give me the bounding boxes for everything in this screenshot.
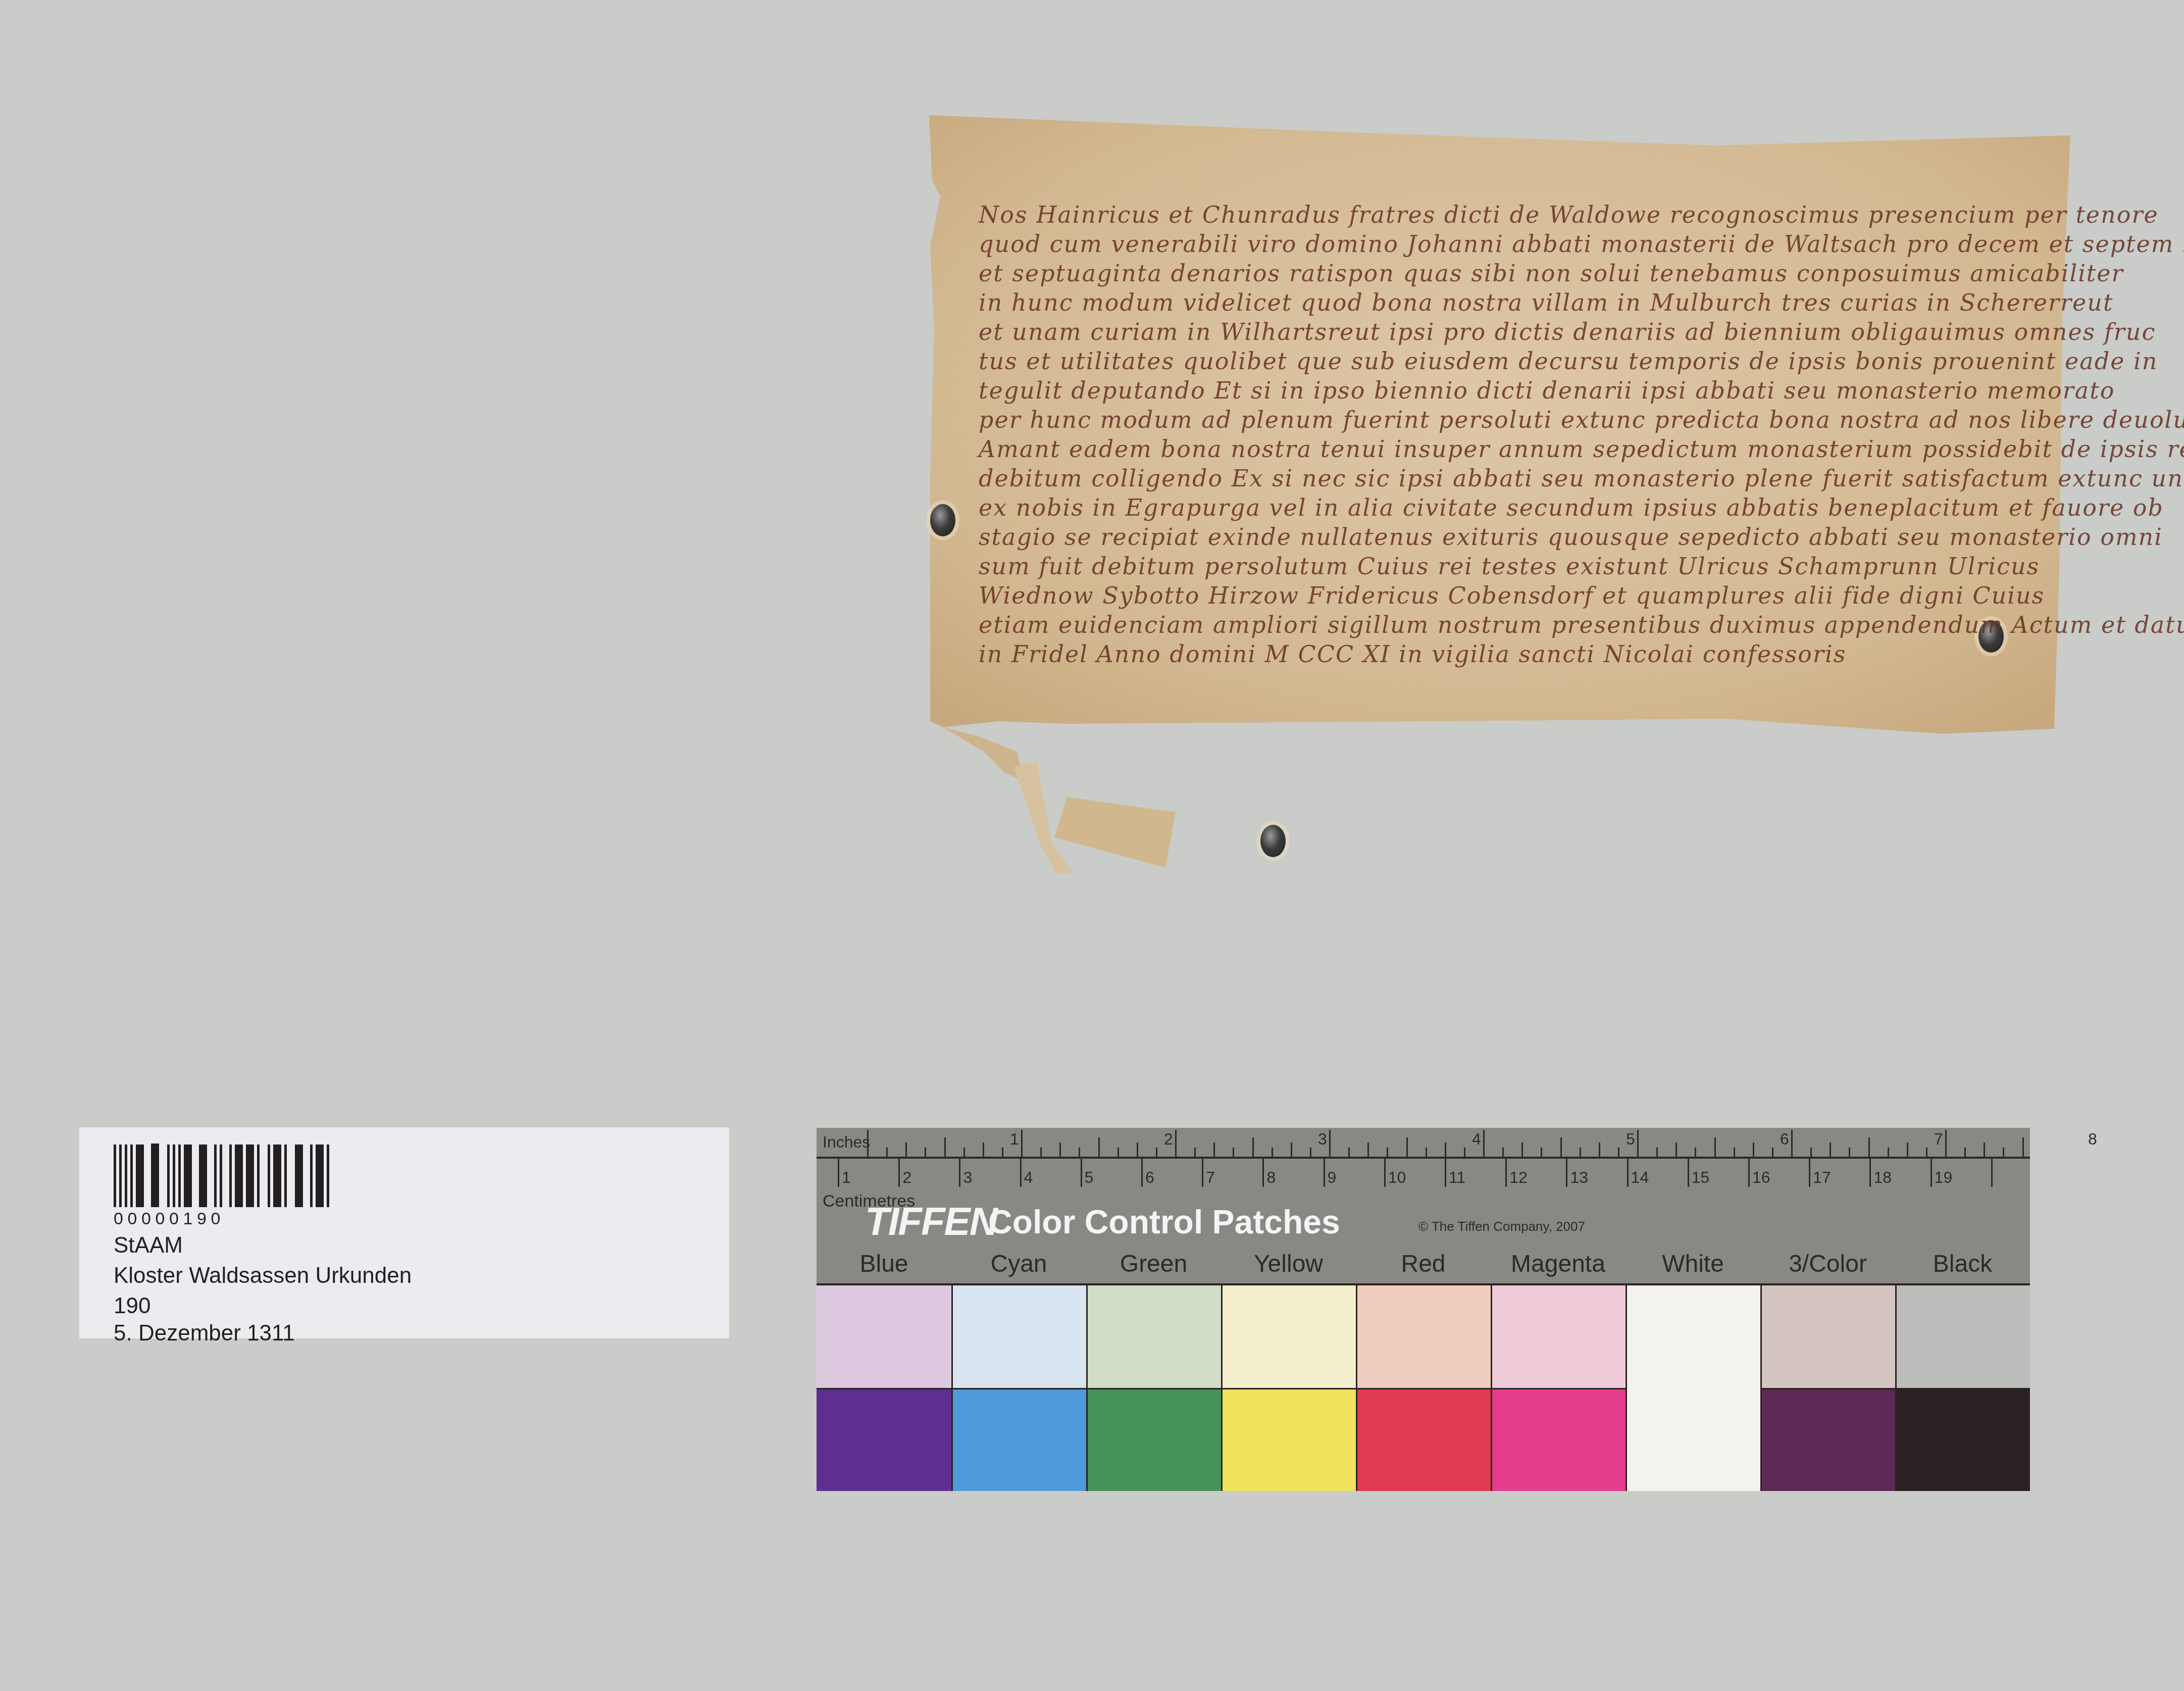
charter-line: Wiednow Sybotto Hirzow Fridericus Cobens… [979, 582, 2045, 609]
barcode-digit: 0 [128, 1209, 142, 1229]
inch-tick [925, 1148, 926, 1158]
patch-dark-yellow [1221, 1388, 1356, 1491]
patch-light-cyan [951, 1285, 1086, 1388]
inch-tick [1175, 1130, 1177, 1158]
charter-line: et septuaginta denarios ratispon quas si… [979, 260, 2124, 287]
inch-number: 1 [1010, 1130, 1019, 1149]
patch-label-3-color: 3/Color [1760, 1250, 1895, 1278]
charter-line: in Fridel Anno domini M CCC XI in vigili… [979, 640, 1846, 668]
barcode-digit: 0 [156, 1209, 170, 1229]
inch-tick [1830, 1142, 1831, 1158]
inch-tick [1521, 1142, 1523, 1158]
tiffen-logo: TIFFEN [865, 1199, 997, 1245]
cm-number: 5 [1085, 1168, 1094, 1187]
inch-tick [1907, 1142, 1908, 1158]
inch-tick [1753, 1142, 1754, 1158]
inch-tick [1426, 1148, 1427, 1158]
patch-label-white: White [1626, 1250, 1760, 1278]
inch-tick [1964, 1148, 1966, 1158]
inch-tick [944, 1137, 946, 1158]
cm-number: 18 [1873, 1168, 1892, 1187]
chart-title: Color Control Patches [988, 1203, 1340, 1241]
charter-line: stagio se recipiat exinde nullatenus exi… [979, 523, 2163, 551]
barcode-digit: 9 [197, 1209, 211, 1229]
patch-label-red: Red [1356, 1250, 1491, 1278]
cm-tick [1869, 1159, 1871, 1187]
barcode-digit: 0 [114, 1209, 128, 1229]
patch-light-red [1356, 1285, 1491, 1388]
barcode-digit: 1 [183, 1209, 197, 1229]
barcode-number: 0 0 0 0 0 1 9 0 [114, 1209, 225, 1229]
cm-number: 2 [902, 1168, 911, 1187]
inch-tick [1772, 1148, 1773, 1158]
cm-number: 17 [1813, 1168, 1831, 1187]
cm-number: 11 [1449, 1168, 1465, 1187]
cm-number: 8 [1266, 1168, 1276, 1187]
inch-tick [1387, 1148, 1388, 1158]
inch-tick [1984, 1142, 1985, 1158]
archive-label-card: 0 0 0 0 0 1 9 0 StAAM Kloster Waldsassen… [79, 1127, 729, 1338]
barcode-digit: 0 [211, 1209, 225, 1229]
charter-line: Amant eadem bona nostra tenui insuper an… [979, 435, 2184, 463]
barcode-digit: 0 [169, 1209, 183, 1229]
inch-tick [1810, 1148, 1812, 1158]
inch-tick [1714, 1137, 1716, 1158]
charter-line: in hunc modum videlicet quod bona nostra… [979, 289, 2113, 316]
document-date: 5. Dezember 1311 [114, 1322, 295, 1345]
patch-dark-blue [817, 1388, 951, 1491]
patch-label-yellow: Yellow [1221, 1250, 1356, 1278]
inch-tick [1118, 1148, 1119, 1158]
inch-tick [1926, 1148, 1927, 1158]
inch-number: 6 [1780, 1130, 1789, 1149]
cm-tick [1748, 1159, 1750, 1187]
inch-tick [1580, 1148, 1581, 1158]
cm-tick [1566, 1159, 1567, 1187]
inch-tick [1233, 1148, 1234, 1158]
cm-number: 3 [963, 1168, 972, 1187]
collection-name: Kloster Waldsassen Urkunden [114, 1265, 412, 1287]
inch-tick [1040, 1148, 1042, 1158]
inch-tick [886, 1148, 888, 1158]
charter-line: Nos Hainricus et Chunradus fratres dicti… [979, 201, 2159, 228]
inch-number: 7 [1934, 1130, 1943, 1149]
inch-tick [1367, 1142, 1369, 1158]
cm-number: 10 [1388, 1168, 1406, 1187]
inch-number: 5 [1626, 1130, 1635, 1149]
copyright-text: © The Tiffen Company, 2007 [1418, 1219, 1585, 1234]
document-number: 190 [114, 1295, 150, 1317]
inch-tick [1945, 1130, 1947, 1158]
patch-light-blue [817, 1285, 951, 1388]
cm-tick [959, 1159, 960, 1187]
cm-number: 12 [1509, 1168, 1528, 1187]
charter-line: etiam euidenciam ampliori sigillum nostr… [979, 611, 2184, 638]
inch-tick [1445, 1142, 1446, 1158]
inch-tick [1849, 1148, 1850, 1158]
charter-line: tus et utilitates quolibet que sub eiusd… [979, 347, 2158, 375]
inch-tick [905, 1142, 907, 1158]
patch-dark-cyan [951, 1388, 1086, 1491]
cm-tick [1991, 1159, 1993, 1187]
parchment-charter: Nos Hainricus et Chunradus fratres dicti… [928, 115, 2070, 737]
charter-line: quod cum venerabili viro domino Johanni … [979, 230, 2184, 258]
inch-tick [1888, 1148, 1889, 1158]
inch-tick [983, 1142, 984, 1158]
cm-number: 7 [1206, 1168, 1215, 1187]
patch-light-black [1895, 1285, 2030, 1388]
patch-light-yellow [1221, 1285, 1356, 1388]
patch-dark-black [1895, 1388, 2030, 1491]
inch-tick [1348, 1148, 1350, 1158]
inch-tick [1734, 1148, 1735, 1158]
mounting-pin-left [930, 504, 955, 536]
cm-tick [1081, 1159, 1082, 1187]
barcode-digit: 0 [141, 1209, 156, 1229]
inch-tick [1213, 1142, 1215, 1158]
cm-tick [1020, 1159, 1022, 1187]
ruler-line [817, 1157, 2030, 1159]
inch-tick [1310, 1148, 1311, 1158]
cm-tick [838, 1159, 839, 1187]
cm-number: 4 [1024, 1168, 1033, 1187]
mounting-pin-ribbon [1260, 825, 1286, 857]
inch-number: 2 [1164, 1130, 1173, 1149]
cm-tick [1505, 1159, 1507, 1187]
inch-tick [1464, 1148, 1465, 1158]
cm-number: 16 [1752, 1168, 1770, 1187]
patch-dark-3-color [1760, 1388, 1895, 1491]
tiffen-color-chart: Inches 123456781234567891011121314151617… [817, 1128, 2030, 1491]
inch-tick [1059, 1142, 1061, 1158]
patch-light-green [1086, 1285, 1221, 1388]
patch-label-blue: Blue [817, 1250, 951, 1278]
inch-tick [1406, 1137, 1408, 1158]
inch-tick [1137, 1142, 1138, 1158]
inch-tick [1156, 1148, 1157, 1158]
inch-tick [1502, 1148, 1504, 1158]
inch-tick [1791, 1130, 1793, 1158]
cm-number: 14 [1631, 1168, 1649, 1187]
cm-tick [1688, 1159, 1689, 1187]
patch-label-green: Green [1086, 1250, 1221, 1278]
cm-tick [1324, 1159, 1325, 1187]
inch-number: 3 [1318, 1130, 1327, 1149]
charter-line: per hunc modum ad plenum fuerint persolu… [979, 406, 2184, 433]
inch-tick [1541, 1148, 1542, 1158]
inch-tick [1560, 1137, 1562, 1158]
inch-tick [1272, 1148, 1273, 1158]
patch-dark-green [1086, 1388, 1221, 1491]
inch-tick [867, 1130, 869, 1158]
cm-tick [1931, 1159, 1932, 1187]
cm-tick [1809, 1159, 1810, 1187]
inch-tick [1021, 1130, 1023, 1158]
patch-dark-magenta [1491, 1388, 1626, 1491]
charter-line: debitum colligendo Ex si nec sic ipsi ab… [979, 465, 2184, 492]
cm-tick [1141, 1159, 1143, 1187]
patch-dark-red [1356, 1388, 1491, 1491]
inch-tick [1868, 1137, 1870, 1158]
patch-light-white [1626, 1285, 1760, 1388]
cm-number: 19 [1935, 1168, 1953, 1187]
charter-line: ex nobis in Egrapurga vel in alia civita… [979, 494, 2164, 521]
cm-number: 6 [1145, 1168, 1154, 1187]
inch-tick [1656, 1148, 1658, 1158]
cm-tick [1627, 1159, 1629, 1187]
inch-tick [2022, 1137, 2024, 1158]
patch-light-3-color [1760, 1285, 1895, 1388]
cm-tick [1202, 1159, 1203, 1187]
patch-label-magenta: Magenta [1491, 1250, 1626, 1278]
patch-dark-white [1626, 1388, 1760, 1491]
cm-number: 1 [842, 1168, 851, 1187]
charter-line: tegulit deputando Et si in ipso biennio … [979, 377, 2115, 404]
inch-tick [1194, 1148, 1196, 1158]
inch-tick [1695, 1148, 1696, 1158]
cm-tick [1445, 1159, 1446, 1187]
patch-light-magenta [1491, 1285, 1626, 1388]
inch-tick [1002, 1148, 1003, 1158]
barcode [114, 1142, 332, 1207]
inch-number: 4 [1472, 1130, 1481, 1149]
inches-label: Inches [823, 1133, 870, 1152]
inch-tick [1675, 1142, 1677, 1158]
inch-tick [1098, 1137, 1100, 1158]
charter-line: et unam curiam in Wilhartsreut ipsi pro … [979, 318, 2156, 345]
charter-line: sum fuit debitum persolutum Cuius rei te… [979, 553, 2040, 580]
inch-tick [1637, 1130, 1639, 1158]
inch-tick [1079, 1148, 1080, 1158]
inch-tick [2003, 1148, 2004, 1158]
inch-tick [1483, 1130, 1485, 1158]
inch-tick [963, 1148, 965, 1158]
patch-label-black: Black [1895, 1250, 2030, 1278]
archive-name: StAAM [114, 1234, 183, 1257]
inch-tick [1291, 1142, 1292, 1158]
inch-tick [1329, 1130, 1331, 1158]
cm-tick [1384, 1159, 1386, 1187]
patch-label-cyan: Cyan [951, 1250, 1086, 1278]
inch-tick [1599, 1142, 1600, 1158]
inch-number: 8 [2088, 1130, 2097, 1149]
cm-tick [898, 1159, 900, 1187]
cm-number: 13 [1570, 1168, 1588, 1187]
cm-number: 15 [1692, 1168, 1710, 1187]
cm-number: 9 [1328, 1168, 1337, 1187]
cm-tick [1262, 1159, 1264, 1187]
inch-tick [1252, 1137, 1254, 1158]
inch-tick [1618, 1148, 1619, 1158]
